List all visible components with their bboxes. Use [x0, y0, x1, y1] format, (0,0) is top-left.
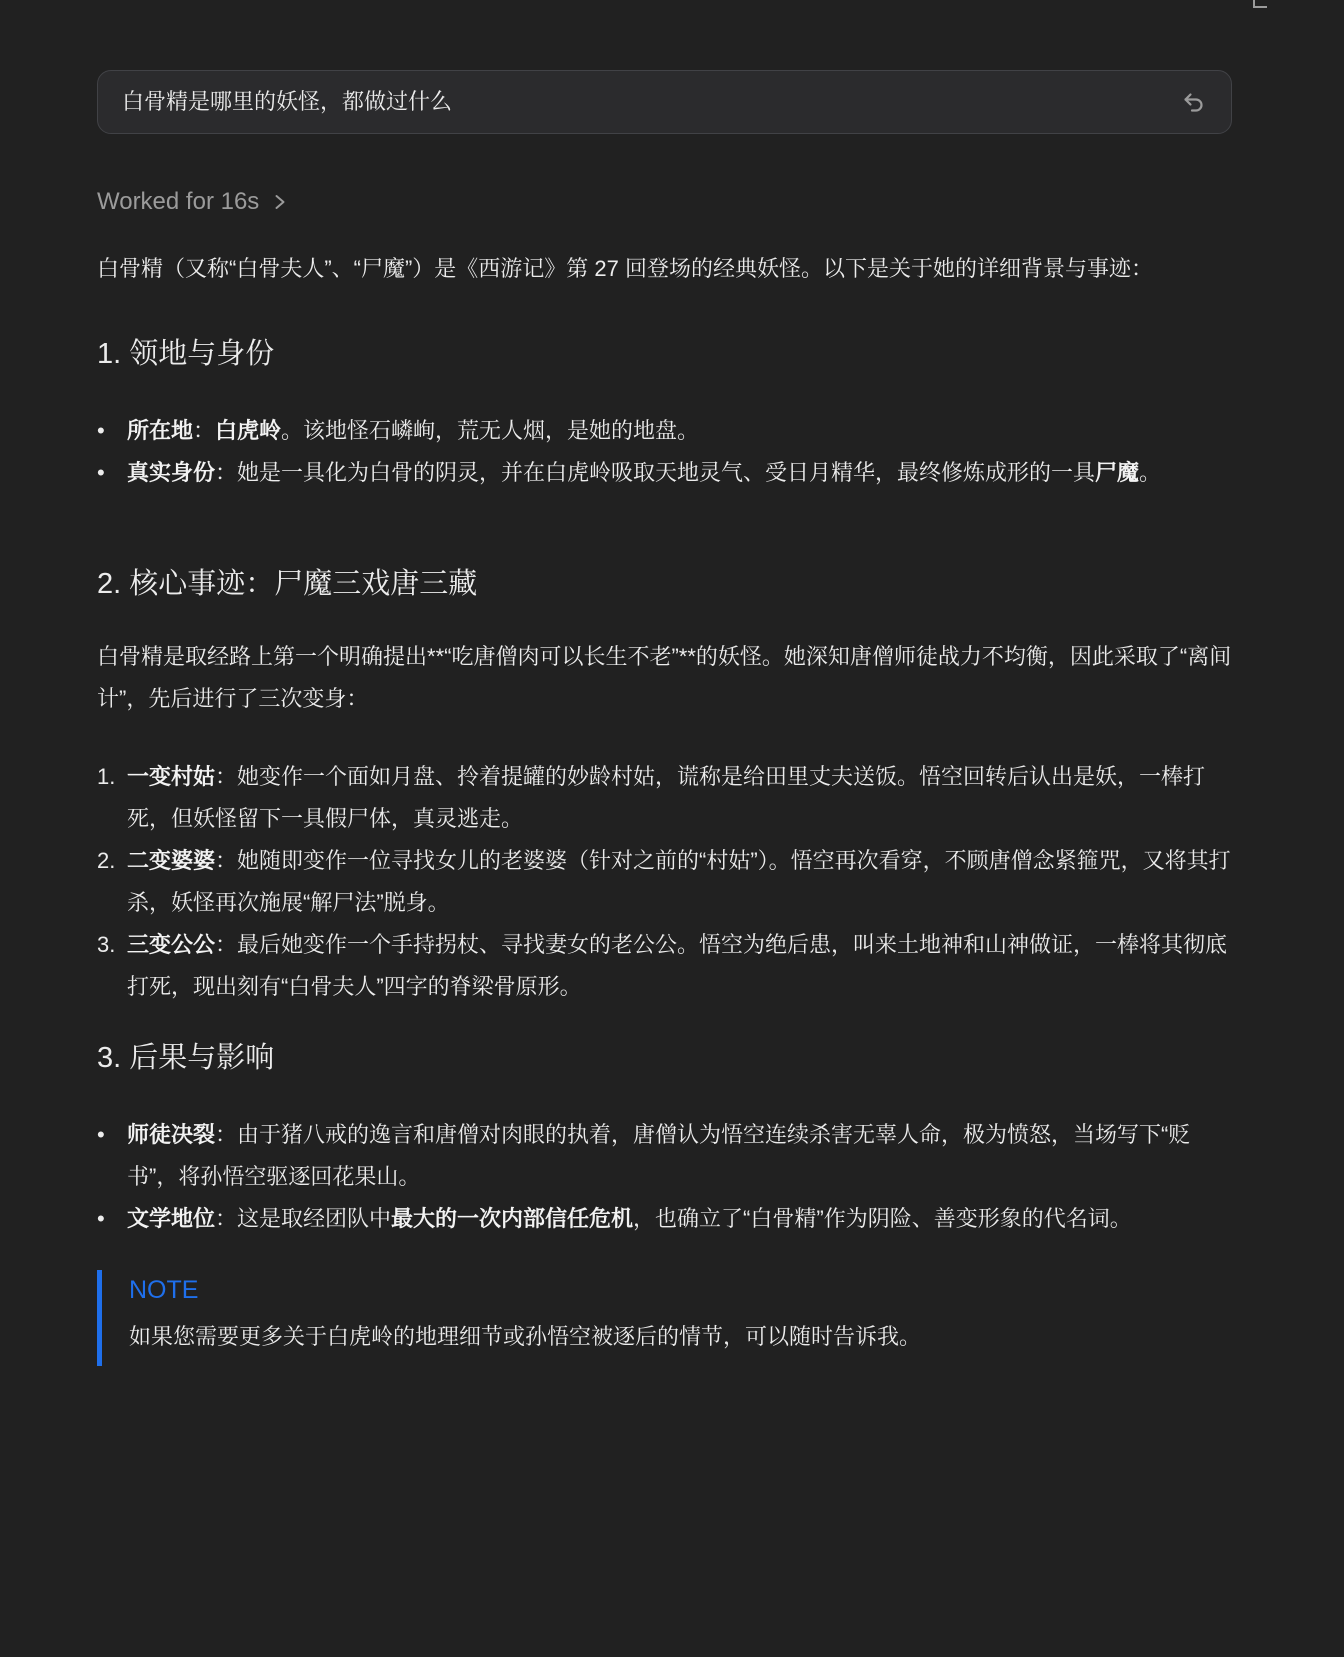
intro-paragraph: 白骨精（又称“白骨夫人”、“尸魔”）是《西游记》第 27 回登场的经典妖怪。以下… — [97, 248, 1232, 290]
list-item: 1. 一变村姑：她变作一个面如月盘、拎着提罐的妙龄村姑，谎称是给田里丈夫送饭。悟… — [97, 756, 1232, 840]
list-item-text: 三变公公：最后她变作一个手持拐杖、寻找妻女的老公公。悟空为绝后患，叫来土地神和山… — [127, 924, 1232, 1008]
section-2-paragraph: 白骨精是取经路上第一个明确提出**“吃唐僧肉可以长生不老”**的妖怪。她深知唐僧… — [97, 636, 1232, 720]
list-item: • 师徒决裂：由于猪八戒的逸言和唐僧对肉眼的执着，唐僧认为悟空连续杀害无辜人命，… — [97, 1114, 1232, 1198]
assistant-response: 白骨精（又称“白骨夫人”、“尸魔”）是《西游记》第 27 回登场的经典妖怪。以下… — [97, 248, 1232, 1366]
note-text: 如果您需要更多关于白虎岭的地理细节或孙悟空被逐后的情节，可以随时告诉我。 — [129, 1316, 1232, 1358]
chat-thread: 白骨精是哪里的妖怪，都做过什么 Worked for 16s 白骨精（又称“白骨… — [97, 70, 1232, 1366]
list-item: 3. 三变公公：最后她变作一个手持拐杖、寻找妻女的老公公。悟空为绝后患，叫来土地… — [97, 924, 1232, 1008]
note-label: NOTE — [129, 1274, 1232, 1306]
section-1-list: • 所在地：白虎岭。该地怪石嶙峋，荒无人烟，是她的地盘。 • 真实身份：她是一具… — [97, 410, 1232, 494]
ordinal-marker: 3. — [97, 924, 127, 1008]
ordinal-marker: 2. — [97, 840, 127, 924]
list-item-text: 二变婆婆：她随即变作一位寻找女儿的老婆婆（针对之前的“村姑”）。悟空再次看穿，不… — [127, 840, 1232, 924]
list-item-text: 师徒决裂：由于猪八戒的逸言和唐僧对肉眼的执着，唐僧认为悟空连续杀害无辜人命，极为… — [127, 1114, 1232, 1198]
bullet-marker: • — [97, 452, 127, 494]
note-callout: NOTE 如果您需要更多关于白虎岭的地理细节或孙悟空被逐后的情节，可以随时告诉我… — [97, 1270, 1232, 1366]
window-corner-icon — [1253, 0, 1267, 8]
bullet-marker: • — [97, 1114, 127, 1198]
bullet-marker: • — [97, 1198, 127, 1240]
list-item-text: 所在地：白虎岭。该地怪石嶙峋，荒无人烟，是她的地盘。 — [127, 410, 1232, 452]
worked-status[interactable]: Worked for 16s — [97, 188, 287, 216]
section-3-list: • 师徒决裂：由于猪八戒的逸言和唐僧对肉眼的执着，唐僧认为悟空连续杀害无辜人命，… — [97, 1114, 1232, 1240]
section-2-steps-list: 1. 一变村姑：她变作一个面如月盘、拎着提罐的妙龄村姑，谎称是给田里丈夫送饭。悟… — [97, 756, 1232, 1008]
section-2-heading: 2. 核心事迹：尸魔三戏唐三藏 — [97, 564, 1232, 604]
undo-button[interactable] — [1181, 89, 1207, 115]
undo-icon — [1181, 89, 1207, 115]
user-message-bubble: 白骨精是哪里的妖怪，都做过什么 — [97, 70, 1232, 134]
list-item-text: 文学地位：这是取经团队中最大的一次内部信任危机，也确立了“白骨精”作为阴险、善变… — [127, 1198, 1232, 1240]
list-item: • 真实身份：她是一具化为白骨的阴灵，并在白虎岭吸取天地灵气、受日月精华，最终修… — [97, 452, 1232, 494]
user-message-text: 白骨精是哪里的妖怪，都做过什么 — [122, 87, 452, 117]
chevron-right-icon — [273, 191, 287, 213]
ordinal-marker: 1. — [97, 756, 127, 840]
bullet-marker: • — [97, 410, 127, 452]
list-item: • 文学地位：这是取经团队中最大的一次内部信任危机，也确立了“白骨精”作为阴险、… — [97, 1198, 1232, 1240]
section-1-heading: 1. 领地与身份 — [97, 334, 1232, 374]
list-item-text: 一变村姑：她变作一个面如月盘、拎着提罐的妙龄村姑，谎称是给田里丈夫送饭。悟空回转… — [127, 756, 1232, 840]
section-3-heading: 3. 后果与影响 — [97, 1038, 1232, 1078]
list-item: 2. 二变婆婆：她随即变作一位寻找女儿的老婆婆（针对之前的“村姑”）。悟空再次看… — [97, 840, 1232, 924]
worked-status-label: Worked for 16s — [97, 188, 259, 216]
list-item-text: 真实身份：她是一具化为白骨的阴灵，并在白虎岭吸取天地灵气、受日月精华，最终修炼成… — [127, 452, 1232, 494]
list-item: • 所在地：白虎岭。该地怪石嶙峋，荒无人烟，是她的地盘。 — [97, 410, 1232, 452]
